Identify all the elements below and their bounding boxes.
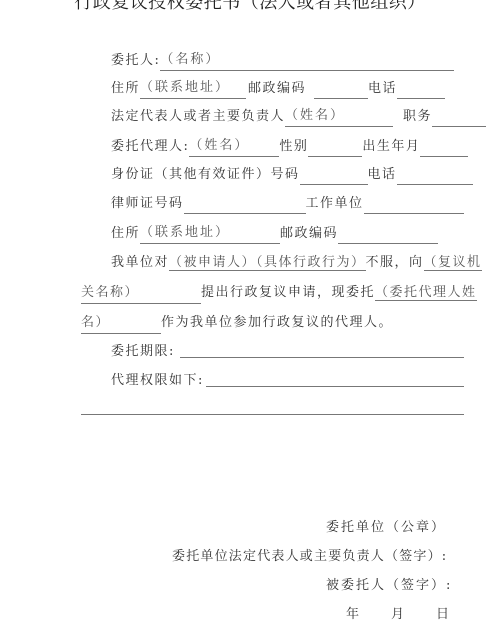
position-field[interactable] [432, 107, 486, 127]
seal-label: 委托单位（公章） [326, 516, 446, 535]
principal-row: 委托人:（名称） [111, 50, 454, 72]
address-label: 住所 [111, 79, 140, 99]
position-label: 职务 [403, 107, 432, 127]
paragraph-line-3: 名）作为我单位参加行政复议的代理人。 [81, 313, 393, 334]
review-agency-field[interactable]: （复议机 [424, 255, 482, 271]
id-label: 身份证（其他有效证件）号码 [111, 165, 300, 185]
address2-label: 住所 [111, 224, 140, 244]
agent-name-inline-field[interactable]: （委托代理人姓 [375, 285, 477, 301]
phone2-field[interactable] [397, 165, 473, 185]
authority-label: 代理权限如下: [111, 371, 204, 391]
address2-row: 住所（联系地址）邮政编码 [111, 223, 438, 245]
address-field[interactable]: （联系地址） [140, 78, 246, 99]
phone2-label: 电话 [368, 165, 397, 185]
address-row: 住所（联系地址）邮政编码电话 [111, 78, 445, 100]
para-text: 提出行政复议申请，现委托 [201, 285, 375, 300]
id-row: 身份证（其他有效证件）号码电话 [111, 165, 473, 187]
legal-rep-signature-label: 委托单位法定代表人或主要负责人（签字）: [172, 545, 447, 564]
lawyer-cert-field[interactable] [184, 194, 306, 214]
para-text: 我单位对 [111, 255, 169, 270]
term-field[interactable] [180, 357, 464, 358]
phone-field[interactable] [397, 79, 445, 99]
para-text: 作为我单位参加行政复议的代理人。 [161, 315, 393, 330]
work-unit-field[interactable] [364, 194, 464, 214]
lawyer-cert-label: 律师证号码 [111, 194, 184, 214]
agent-signature-label: 被委托人（签字）: [326, 574, 452, 593]
review-agency-field-cont[interactable]: 关名称） [81, 283, 201, 304]
id-number-field[interactable] [300, 165, 368, 185]
agent-label: 委托代理人: [111, 137, 189, 157]
respondent-action-field[interactable]: （被申请人）（具体行政行为） [169, 255, 366, 271]
date-label: 年 月 日 [346, 603, 451, 621]
postcode-field[interactable] [314, 79, 368, 99]
paragraph-line-2: 关名称）提出行政复议申请，现委托（委托代理人姓 [81, 283, 477, 304]
principal-name-field[interactable]: （名称） [160, 50, 454, 71]
document-title: 行政复议授权委托书（法人或者其他组织） [0, 0, 500, 14]
address2-field[interactable]: （联系地址） [140, 223, 280, 244]
phone-label: 电话 [368, 79, 397, 99]
birth-field[interactable] [420, 137, 468, 157]
legal-rep-name-field[interactable]: （姓名） [285, 106, 393, 127]
authority-field-line-2[interactable] [81, 414, 464, 415]
lawyer-row: 律师证号码工作单位 [111, 194, 464, 216]
work-unit-label: 工作单位 [306, 194, 364, 214]
gender-label: 性别 [279, 137, 308, 157]
para-text: 不服，向 [366, 255, 424, 270]
authority-field[interactable] [206, 386, 464, 387]
legal-rep-row: 法定代表人或者主要负责人（姓名）职务 [111, 106, 486, 128]
gender-field[interactable] [308, 137, 362, 157]
paragraph-line-1: 我单位对（被申请人）（具体行政行为）不服，向（复议机 [111, 253, 482, 273]
principal-label: 委托人: [111, 51, 160, 71]
legal-rep-label: 法定代表人或者主要负责人 [111, 107, 285, 127]
agent-name-field[interactable]: （姓名） [189, 136, 279, 157]
birth-label: 出生年月 [362, 137, 420, 157]
agent-row: 委托代理人:（姓名）性别出生年月 [111, 136, 468, 158]
agent-name-inline-field-cont[interactable]: 名） [81, 313, 161, 334]
postcode-label: 邮政编码 [248, 79, 306, 99]
postcode2-label: 邮政编码 [280, 224, 338, 244]
postcode2-field[interactable] [338, 224, 438, 244]
term-label: 委托期限: [111, 342, 175, 362]
